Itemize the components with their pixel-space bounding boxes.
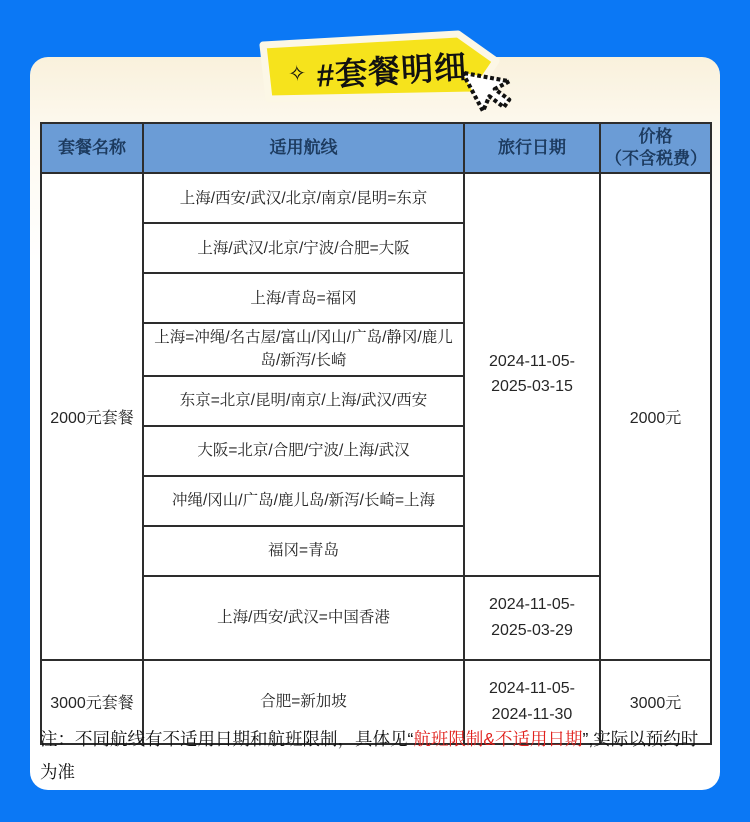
route: 上海/西安/武汉=中国香港 <box>143 576 464 660</box>
package-name: 2000元套餐 <box>41 173 143 660</box>
column-header: 价格 （不含税费） <box>600 123 711 173</box>
route: 福冈=青岛 <box>143 526 464 576</box>
column-header: 套餐名称 <box>41 123 143 173</box>
route: 上海/西安/武汉/北京/南京/昆明=东京 <box>143 173 464 223</box>
travel-dates: 2024-11-05- 2025-03-29 <box>464 576 600 660</box>
sparkle-icon: ✧ <box>287 62 307 85</box>
footnote-text: 注：不同航线有不适用日期和航班限制，具体见“ <box>40 729 413 749</box>
route: 东京=北京/昆明/南京/上海/武汉/西安 <box>143 376 464 426</box>
table-header-row: 套餐名称适用航线旅行日期价格 （不含税费） <box>41 123 711 173</box>
banner-title: #套餐明细 <box>315 42 468 97</box>
table-row: 2000元套餐上海/西安/武汉/北京/南京/昆明=东京2024-11-05- 2… <box>41 173 711 223</box>
route: 上海=冲绳/名古屋/富山/冈山/广岛/静冈/鹿儿岛/新泻/长崎 <box>143 323 464 376</box>
price: 2000元 <box>600 173 711 660</box>
footnote: 注：不同航线有不适用日期和航班限制，具体见“航班限制&不适用日期”,实际以预约时… <box>40 723 700 789</box>
package-details-banner[interactable]: ✧ #套餐明细 <box>250 26 530 122</box>
route: 上海/青岛=福冈 <box>143 273 464 323</box>
details-card: 套餐名称适用航线旅行日期价格 （不含税费） 2000元套餐上海/西安/武汉/北京… <box>30 57 720 790</box>
package-table: 套餐名称适用航线旅行日期价格 （不含税费） 2000元套餐上海/西安/武汉/北京… <box>40 122 712 745</box>
column-header: 旅行日期 <box>464 123 600 173</box>
route: 冲绳/冈山/广岛/鹿儿岛/新泻/长崎=上海 <box>143 476 464 526</box>
footnote-highlight: 航班限制&不适用日期 <box>413 729 582 749</box>
route: 上海/武汉/北京/宁波/合肥=大阪 <box>143 223 464 273</box>
column-header: 适用航线 <box>143 123 464 173</box>
travel-dates: 2024-11-05- 2025-03-15 <box>464 173 600 576</box>
route: 大阪=北京/合肥/宁波/上海/武汉 <box>143 426 464 476</box>
